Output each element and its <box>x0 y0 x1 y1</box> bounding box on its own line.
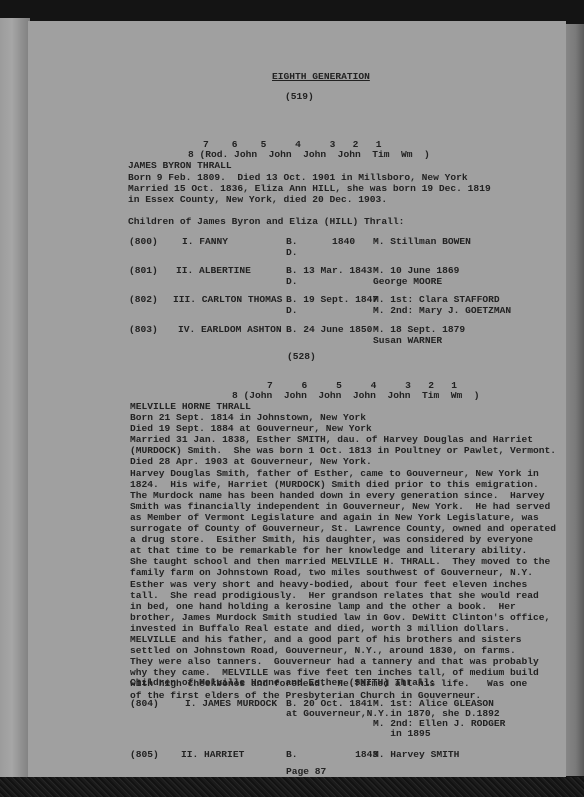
bio-line: as Member of Vermont Legislature and aga… <box>130 512 539 523</box>
child-spouse: Susan WARNER <box>373 335 442 346</box>
children-heading: Children of Melville Horne and Esther (S… <box>130 677 435 688</box>
bio-line: at that time to be remarkable for her kn… <box>130 545 527 556</box>
child-name: IV. EARLDOM ASHTON <box>178 324 282 335</box>
scanner-background <box>0 777 584 797</box>
bio-line: MELVILLE and his father, and a good part… <box>130 634 522 645</box>
bio-line: surrogate of County of Gouverneur, St. L… <box>130 523 556 534</box>
child-born: B. 19 Sept. 1847 <box>286 294 378 305</box>
child-name: III. CARLTON THOMAS <box>173 294 282 305</box>
child-died: D. <box>286 247 298 258</box>
child-died: D. <box>286 276 298 287</box>
child-id: (800) <box>129 236 158 247</box>
bio-line: Died 19 Sept. 1884 at Gouverneur, New Yo… <box>130 423 372 434</box>
bio-line: Married 31 Jan. 1838, Esther SMITH, dau.… <box>130 434 533 445</box>
generation-heading: EIGHTH GENERATION <box>272 71 370 82</box>
page-number: Page 87 <box>286 766 326 777</box>
bio-line: They were also tanners. Gouverneur had a… <box>130 656 539 667</box>
child-married: M. 18 Sept. 1879 <box>373 324 465 335</box>
bio-line: She taught school and then married MELVI… <box>130 556 550 567</box>
bio-line: (MURDOCK) Smith. She was born 1 Oct. 181… <box>130 445 556 456</box>
bio-line: in Essex County, New York, died 20 Dec. … <box>128 194 387 205</box>
child-id: (802) <box>129 294 158 305</box>
bio-line: invested in Buffalo Real estate and died… <box>130 623 510 634</box>
child-married: M. Stillman BOWEN <box>373 236 471 247</box>
lineage-names: 8 (Rod. John John John John Tim Wm ) <box>188 149 430 160</box>
lineage-names: 8 (John John John John John Tim Wm ) <box>232 390 480 401</box>
bio-line: settled on Johnstown Road, Gouverneur, N… <box>130 645 516 656</box>
child-married: M. 1st: Clara STAFFORD <box>373 294 500 305</box>
entry-number: (528) <box>287 351 316 362</box>
person-name: MELVILLE HORNE THRALL <box>130 401 251 412</box>
bio-line: Born 9 Feb. 1809. Died 13 Oct. 1901 in M… <box>128 172 468 183</box>
child-name: II. HARRIET <box>181 749 244 760</box>
child-married: M. 2nd: Mary J. GOETZMAN <box>373 305 511 316</box>
bio-line: Harvey Douglas Smith, father of Esther, … <box>130 468 539 479</box>
document-page: EIGHTH GENERATION (519) 7 6 5 4 3 2 1 8 … <box>28 21 566 777</box>
child-name: I. JAMES MURDOCK <box>185 698 277 709</box>
bio-line: Died 28 Apr. 1903 at Gouverneur, New Yor… <box>130 456 372 467</box>
children-heading: Children of James Byron and Eliza (HILL)… <box>128 216 404 227</box>
bio-line: Esther was very short and heavy-bodied, … <box>130 579 527 590</box>
child-id: (801) <box>129 265 158 276</box>
child-married: in 1895 <box>373 728 431 739</box>
bio-line: in bed, one hand holding a kerosine lamp… <box>130 601 516 612</box>
child-died: D. <box>286 305 298 316</box>
bio-line: family farm on Johnstown Road, two miles… <box>130 567 533 578</box>
child-born: B. 1840 <box>286 236 355 247</box>
bio-line: 1824. His wife, Harriet (MURDOCK) Smith … <box>130 479 539 490</box>
person-name: JAMES BYRON THRALL <box>128 160 232 171</box>
child-id: (805) <box>130 749 159 760</box>
entry-number: (519) <box>285 91 314 102</box>
child-married: M. Harvey SMITH <box>373 749 459 760</box>
bio-line: Smith was financially independent in Gou… <box>130 501 550 512</box>
bio-line: Married 15 Oct. 1836, Eliza Ann HILL, sh… <box>128 183 491 194</box>
child-born: B. 13 Mar. 1843 <box>286 265 372 276</box>
child-name: I. FANNY <box>182 236 228 247</box>
child-spouse: George MOORE <box>373 276 442 287</box>
bio-line: The Murdock name has been handed down in… <box>130 490 545 501</box>
page-stack-edge <box>563 24 584 776</box>
child-name: II. ALBERTINE <box>176 265 251 276</box>
child-born: B. 1843 <box>286 749 378 760</box>
child-id: (804) <box>130 698 159 709</box>
bio-line: tall. She read prodigiously. Her grandso… <box>130 590 539 601</box>
bio-line: Born 21 Sept. 1814 in Johnstown, New Yor… <box>130 412 366 423</box>
child-married: M. 10 June 1869 <box>373 265 459 276</box>
bio-line: a drug store. Esither Smith, his daughte… <box>130 534 533 545</box>
bio-line: brother, James Murdock Smith studied law… <box>130 612 550 623</box>
facing-page-edge <box>0 18 30 778</box>
child-id: (803) <box>129 324 158 335</box>
child-born: B. 24 June 1850 <box>286 324 372 335</box>
